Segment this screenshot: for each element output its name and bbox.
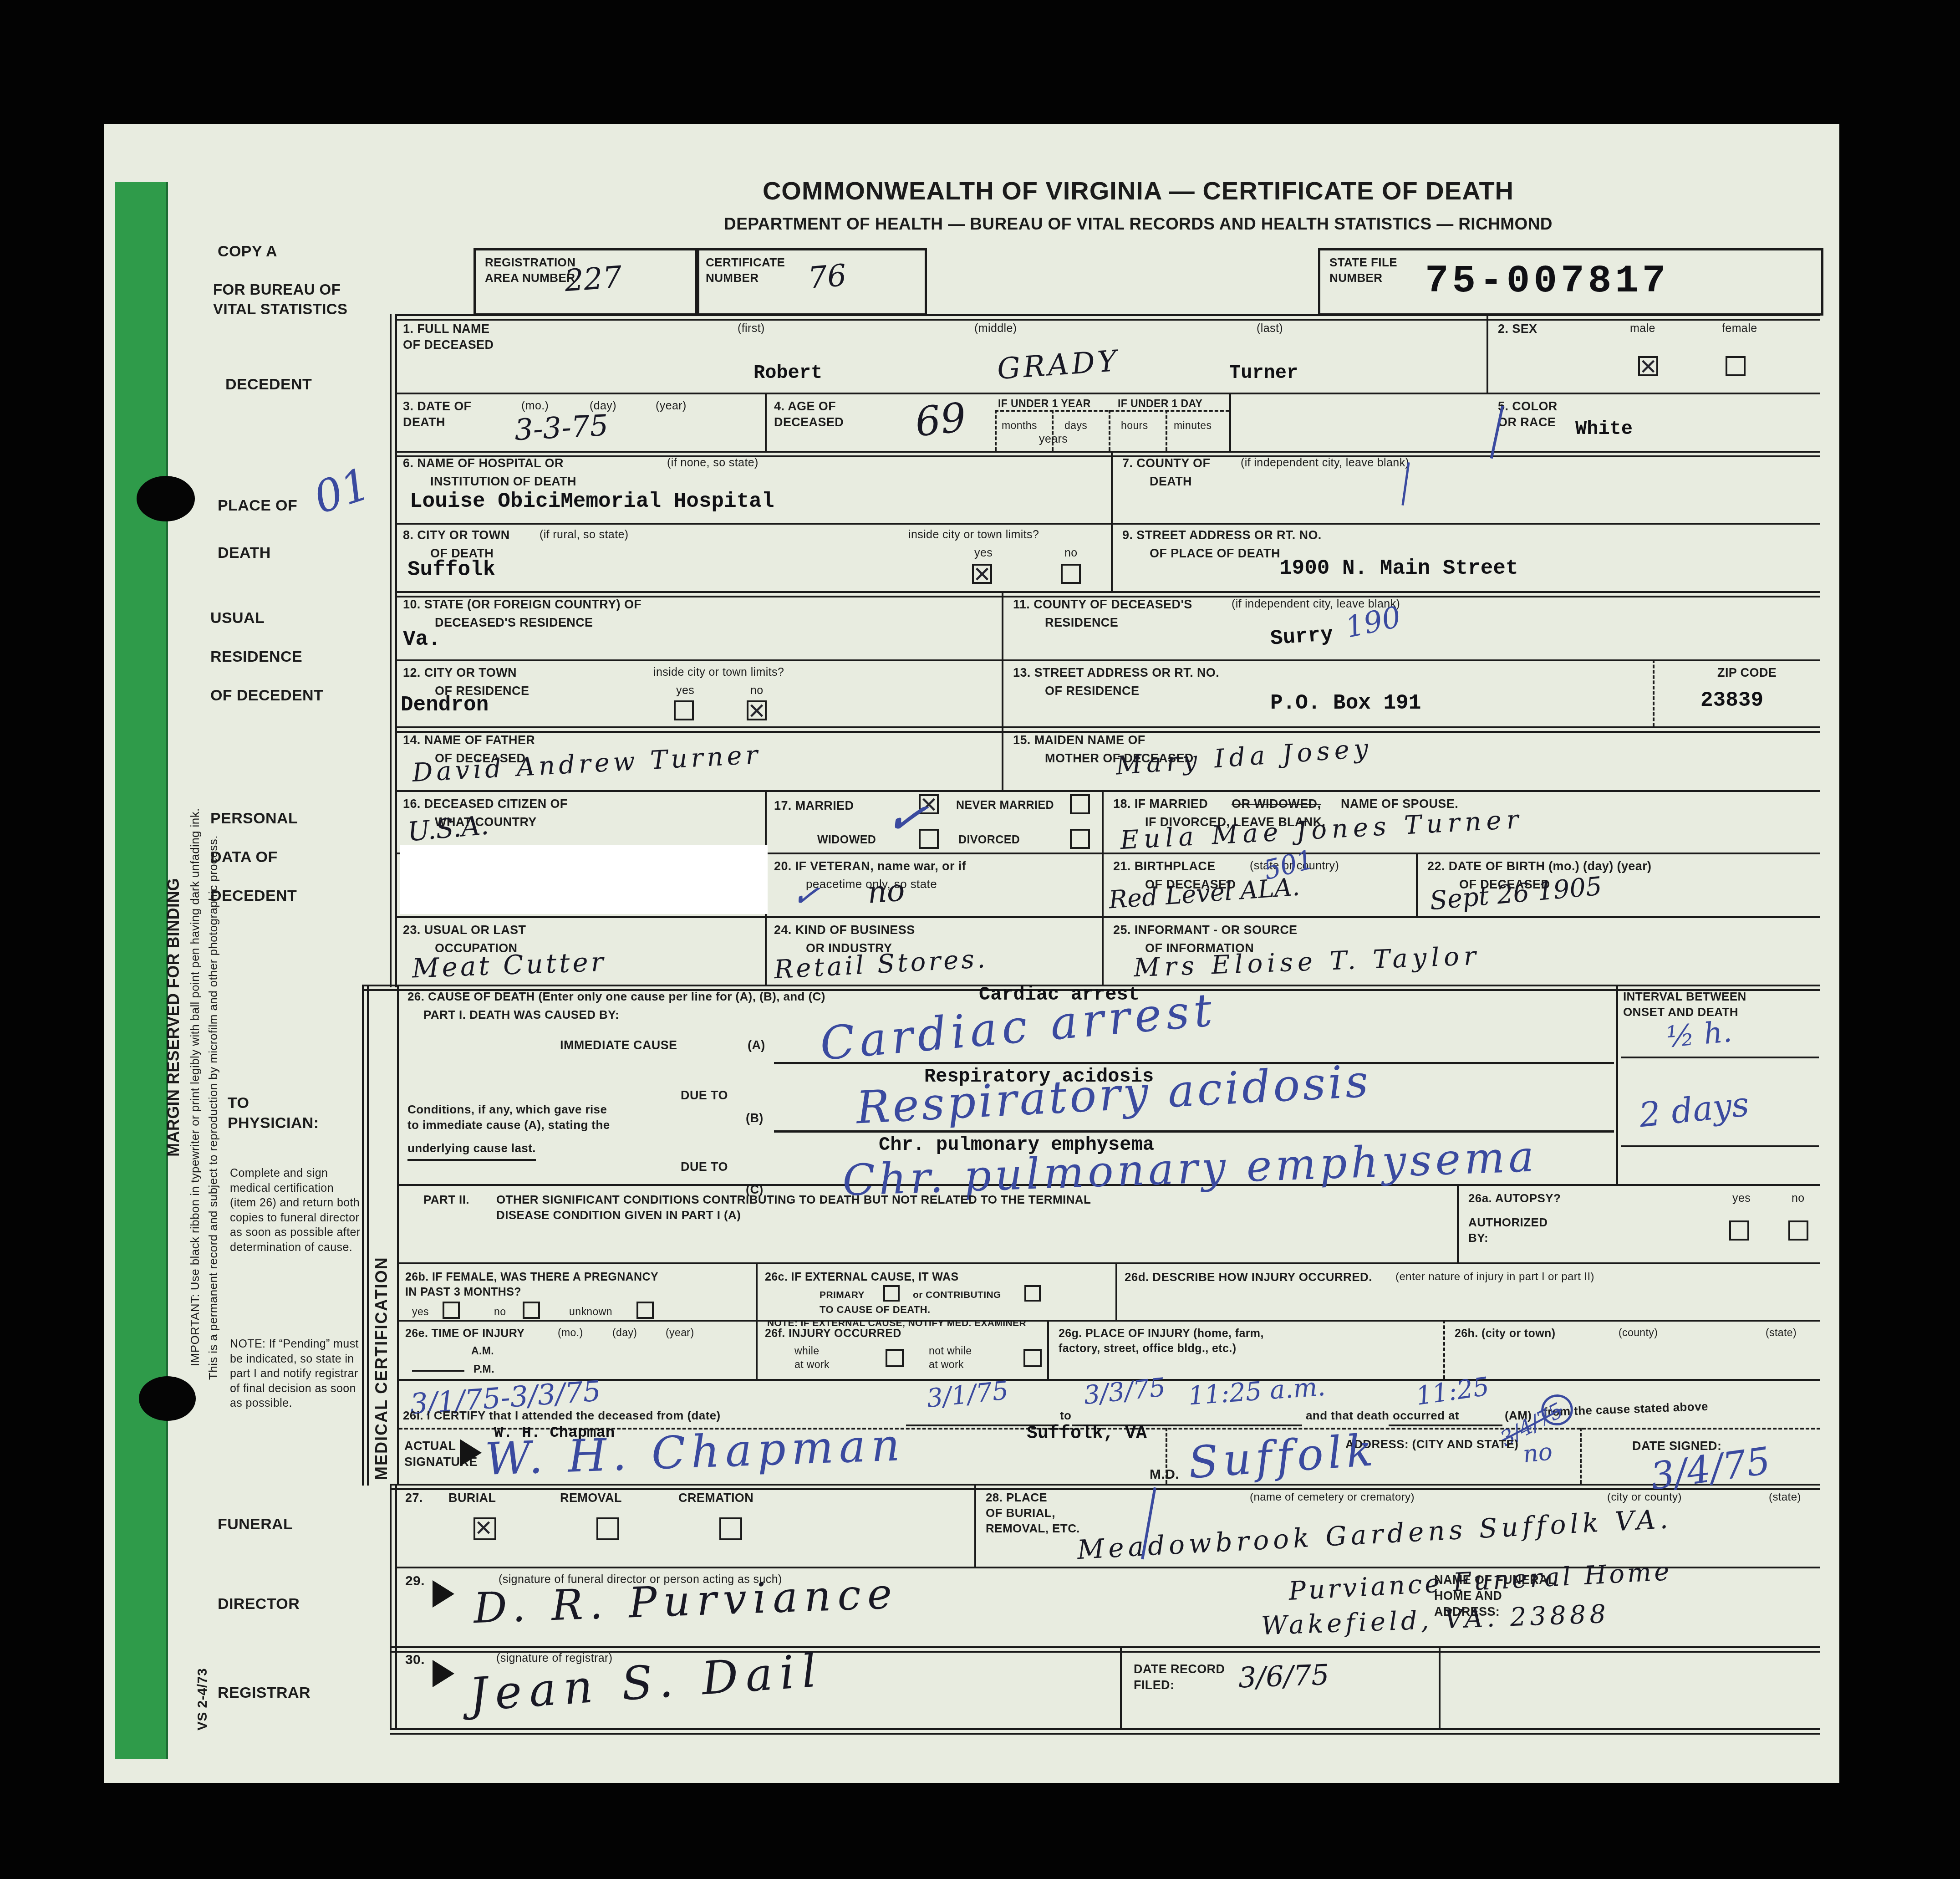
hospital-value: Louise ObiciMemorial Hospital [410,490,774,513]
never-married-label: NEVER MARRIED [956,798,1054,813]
divider [396,451,1820,457]
limits-question: inside city or town limits? [908,527,1039,542]
26e-mo-hint: (mo.) [558,1326,583,1340]
months-label: months [1002,419,1037,433]
cause-b-mark: (B) [746,1110,764,1126]
hours-label: hours [1121,419,1148,433]
interval-line-2 [1621,1145,1819,1147]
field-13-label: 13. STREET ADDRESS OR RT. NO. [1013,665,1219,681]
city-of-death-value: Suffolk [407,558,495,582]
autopsy-label: 26a. AUTOPSY? [1468,1191,1561,1206]
never-married-checkbox [1070,794,1090,814]
divider [974,1484,976,1567]
divider [1416,853,1418,916]
county-residence-value: Surry [1269,623,1334,651]
city-residence-value: Dendron [401,693,489,717]
veteran-value: no [866,875,906,908]
race-value: White [1575,418,1633,440]
divider [1047,1320,1049,1379]
not-while-at-work-checkbox [1023,1349,1042,1367]
divider [1580,1428,1582,1484]
field-21-label: 21. BIRTHPLACE [1113,858,1216,874]
divider [1616,985,1618,1184]
burial-label: BURIAL [448,1490,496,1506]
divider [756,1320,758,1379]
section-death: DEATH [218,543,271,563]
age-value: 69 [913,397,968,442]
field-24-label: 24. KIND OF BUSINESS [774,922,915,938]
divider [995,410,997,451]
field-10-label-2: DECEASED'S RESIDENCE [435,615,593,631]
26h-county-hint: (county) [1619,1326,1658,1340]
physician-signature: W. H. Chapman [484,1423,906,1482]
section-usual: USUAL [210,608,265,628]
field-27-num: 27. [405,1490,423,1506]
certificate-number-label: CERTIFICATE NUMBER [706,255,785,286]
while-at-work-label: while at work [794,1344,830,1372]
limits-yes-checkbox [972,564,992,584]
pregnancy-yes-label: yes [412,1305,429,1319]
to-cause-label: TO CAUSE OF DEATH. [820,1303,931,1317]
mo-hint: (mo.) [521,398,549,414]
field-26e-label: 26e. TIME OF INJURY [405,1326,524,1341]
field-14-label: 14. NAME OF FATHER [403,732,535,748]
field-5-label: 5. COLOR OR RACE [1498,398,1558,430]
pm-label: P.M. [473,1363,494,1376]
field-26-label: 26. CAUSE OF DEATH (Enter only one cause… [407,989,825,1005]
divider [1457,1184,1459,1262]
divider [390,314,392,987]
divider [1002,659,1003,726]
first-name-value: Robert [753,362,822,384]
primary-label: PRIMARY [820,1289,865,1301]
field-17-married-label: 17. MARRIED [774,798,854,814]
street-of-death-value: 1900 N. Main Street [1279,557,1518,580]
divider [390,1484,1820,1490]
state-file-label: STATE FILE NUMBER [1329,255,1397,286]
removal-label: REMOVAL [560,1490,622,1506]
26h-state-hint: (state) [1766,1326,1797,1340]
due-to-label-2: DUE TO [681,1159,728,1175]
while-at-work-checkbox [886,1349,904,1367]
pregnancy-no-checkbox [523,1302,540,1319]
physician-typed-city: Suffolk, VA [1027,1424,1147,1444]
divider [765,916,767,985]
last-name-value: Turner [1229,362,1298,384]
under-1-day-label: IF UNDER 1 DAY [1118,397,1202,411]
occupation-value: Meat Cutter [412,949,606,982]
middle-name-value: GRADY [996,347,1120,384]
certify-to: to [1060,1408,1071,1424]
divider [1109,410,1110,451]
state-hint: (state) [1769,1490,1801,1504]
autopsy-yes-label: yes [1732,1191,1751,1206]
punch-hole-bottom [139,1376,196,1421]
divider [396,314,1820,321]
binding-green-bar [115,182,168,1759]
divider [1487,314,1488,393]
date-of-death-value: 3-3-75 [514,411,609,445]
divider [1111,451,1113,523]
divider [395,314,397,987]
certify-occurred: and that death occurred at [1306,1408,1459,1424]
section-funeral: FUNERAL [218,1514,293,1534]
medical-certification-label: MEDICAL CERTIFICATION [371,1025,392,1480]
address-value-hand: Suffolk [1187,1428,1379,1485]
page-title: COMMONWEALTH OF VIRGINIA — CERTIFICATE O… [464,174,1812,208]
divider [1653,659,1655,726]
primary-checkbox [883,1285,900,1302]
widowed-label: WIDOWED [817,832,876,848]
autopsy-no-checkbox [1788,1220,1808,1241]
field-2-label: 2. SEX [1498,321,1537,337]
section-of-decedent: OF DECEDENT [210,685,323,705]
form-code: VS 2-4/73 [193,1621,211,1731]
zip-label: ZIP CODE [1717,665,1777,681]
section-residence: RESIDENCE [210,647,302,667]
divider [1439,1646,1441,1728]
field-20-label: 20. IF VETERAN, name war, or if [774,858,966,874]
section-personal: PERSONAL [210,808,298,828]
punch-hole-top [137,476,195,521]
immediate-cause-label: IMMEDIATE CAUSE [560,1037,677,1053]
divider [1111,523,1113,591]
field-4-label: 4. AGE OF DECEASED [774,398,844,430]
limits-2-no-checkbox [747,700,767,720]
limits-no: no [1064,546,1078,561]
autopsy-no-label: no [1792,1191,1805,1206]
field-26d-label: 26d. DESCRIBE HOW INJURY OCCURRED. [1125,1270,1372,1285]
citizen-value: U.S.A. [407,812,490,845]
divider [1115,1262,1117,1320]
field-9-label-2: OF PLACE OF DEATH [1150,546,1280,562]
field-8-label: 8. CITY OR TOWN [403,527,510,543]
divorced-checkbox [1070,829,1090,849]
last-hint: (last) [1257,321,1283,336]
copy-label: COPY A [218,241,277,261]
divider [397,985,399,1486]
page-subtitle: DEPARTMENT OF HEALTH — BUREAU OF VITAL R… [464,213,1812,235]
field-22-label: 22. DATE OF BIRTH (mo.) (day) (year) [1427,858,1651,874]
section-decedent: DECEDENT [225,374,312,394]
street-residence-value: P.O. Box 191 [1270,691,1421,715]
first-hint: (first) [738,321,765,336]
field-29-num: 29. [405,1572,425,1590]
pregnancy-unknown-label: unknown [569,1305,612,1319]
limits-2-yes-checkbox [674,700,694,720]
field-28-label: 28. PLACE OF BURIAL, REMOVAL, ETC. [986,1490,1080,1536]
limits-2-no: no [750,683,764,698]
am-pm-blank [412,1370,464,1372]
interval-line-1 [1621,1057,1819,1058]
26e-year-hint: (year) [666,1326,694,1340]
contributing-label: or CONTRIBUTING [913,1289,1001,1301]
pregnancy-unknown-checkbox [636,1302,654,1319]
redaction-box [400,845,768,914]
field-26b-label: 26b. IF FEMALE, WAS THERE A PREGNANCY IN… [405,1270,658,1299]
signature-arrow-icon [460,1439,482,1466]
divider [399,1262,1820,1264]
26e-day-hint: (day) [612,1326,637,1340]
field-10-label: 10. STATE (OR FOREIGN COUNTRY) OF [403,597,641,613]
md-label: M.D. [1150,1465,1179,1483]
divider [396,916,1820,918]
pregnancy-yes-checkbox [443,1302,460,1319]
sex-male-label: male [1630,321,1655,336]
divider [1443,1320,1445,1379]
date-filed-value: 3/6/75 [1238,1661,1330,1692]
physician-note: NOTE: If “Pending” must be indicated, so… [230,1337,367,1411]
divider [399,1320,1820,1322]
am-label: A.M. [471,1344,494,1358]
days-label: days [1064,419,1087,433]
divider [1120,1646,1122,1728]
section-decedent-2: DECEDENT [210,886,297,906]
field-26c-label: 26c. IF EXTERNAL CAUSE, IT WAS [765,1270,959,1285]
state-file-value: 75-007817 [1425,259,1669,303]
divider [765,790,767,853]
cremation-checkbox [719,1517,742,1540]
part-1-label: PART I. DEATH WAS CAUSED BY: [423,1007,619,1023]
authorized-by-label: AUTHORIZED BY: [1468,1215,1548,1246]
middle-hint: (middle) [974,321,1017,336]
divider [1102,853,1104,916]
field-12-label: 12. CITY OR TOWN [403,665,517,681]
field-6-label-2: INSTITUTION OF DEATH [430,474,576,490]
removal-checkbox [596,1517,619,1540]
registrar-arrow-icon [433,1660,454,1687]
field-1-label: 1. FULL NAME OF DECEASED [403,321,494,353]
divider [395,1484,397,1730]
autopsy-yes-checkbox [1729,1220,1749,1241]
divider [396,726,1820,733]
registration-area-value: 227 [564,262,623,296]
divider [390,1728,1820,1735]
married-checkmark: ✓ [881,789,932,846]
pregnancy-no-label: no [494,1305,506,1319]
divider [1166,410,1167,451]
field-18-strike: OR WIDOWED, [1232,796,1321,812]
section-registrar: REGISTRAR [218,1683,311,1703]
burial-checkbox [473,1517,496,1540]
state-residence-value: Va. [403,628,441,651]
years-label: years [1039,432,1068,447]
divider [362,985,364,1486]
sex-male-checkbox [1638,356,1658,376]
field-26g-label: 26g. PLACE OF INJURY (home, farm, factor… [1059,1326,1264,1356]
field-7-hint: (if independent city, leave blank) [1241,455,1409,470]
field-3-label: 3. DATE OF DEATH [403,398,472,430]
cremation-label: CREMATION [678,1490,753,1506]
section-director: DIRECTOR [218,1594,300,1614]
field-13-label-2: OF RESIDENCE [1045,683,1139,699]
under-1-year-label: IF UNDER 1 YEAR [998,397,1091,411]
year-hint: (year) [656,398,687,414]
veteran-checkmark: ✓ [790,877,822,914]
limits-question-2: inside city or town limits? [653,665,784,680]
field-11-label: 11. COUNTY OF DECEASED'S [1013,597,1192,613]
contributing-checkbox [1024,1285,1041,1302]
divider [1102,790,1104,853]
date-filed-label: DATE RECORD FILED: [1134,1661,1225,1693]
field-23-label: 23. USUAL OR LAST [403,922,526,938]
conditions-text-underlined: underlying cause last. [407,1141,536,1161]
part-2-label: PART II. [423,1192,469,1208]
section-to-physician: TO PHYSICIAN: [228,1093,319,1133]
divorced-label: DIVORCED [958,832,1020,848]
registration-area-label: REGISTRATION AREA NUMBER [485,255,575,286]
bureau-label: FOR BUREAU OF VITAL STATISTICS [213,280,347,319]
cemetery-hint: (name of cemetery or crematory) [1250,1490,1415,1504]
divider [756,1262,758,1320]
certify-no-hand: no [1522,1440,1553,1466]
divider [396,393,1820,394]
field-26d-hint: (enter nature of injury in part I or par… [1395,1270,1594,1284]
divider [1102,916,1104,985]
margin-important-1: IMPORTANT: Use black ribbon in typewrite… [188,524,203,1366]
divider [1229,393,1231,451]
field-26h-label: 26h. (city or town) [1455,1326,1556,1341]
field-18-label: 18. IF MARRIED [1113,796,1208,812]
certificate-number-value: 76 [807,260,847,293]
sex-female-checkbox [1726,356,1746,376]
part-2-text: OTHER SIGNIFICANT CONDITIONS CONTRIBUTIN… [496,1192,1091,1223]
section-data-of: DATA OF [210,847,278,867]
divider [396,659,1820,661]
sex-female-label: female [1722,321,1757,336]
field-8-hint: (if rural, so state) [540,527,629,542]
section-place-of: PLACE OF [218,495,297,516]
zip-value: 23839 [1700,689,1763,712]
field-25-label: 25. INFORMANT - OR SOURCE [1113,922,1298,938]
certify-sentence: 26i. I CERTIFY that I attended the decea… [403,1408,721,1424]
field-6-label: 6. NAME OF HOSPITAL OR [403,455,564,471]
divider [396,523,1820,525]
limits-no-checkbox [1061,564,1081,584]
due-to-label-1: DUE TO [681,1088,728,1103]
divider [765,393,767,451]
field-11-label-2: RESIDENCE [1045,615,1118,631]
physician-instructions: Complete and sign medical certification … [230,1166,362,1255]
city-county-hint: (city or county) [1607,1490,1682,1504]
not-while-at-work-label: not while at work [929,1344,972,1372]
margin-binding-text: MARGIN RESERVED FOR BINDING [163,710,184,1157]
divider [367,985,369,1486]
certify-blank-3 [1389,1425,1502,1426]
interval-a-value: ½ h. [1665,1017,1733,1052]
field-7-label: 7. COUNTY OF [1122,455,1210,471]
field-6-hint: (if none, so state) [667,455,759,470]
field-9-label: 9. STREET ADDRESS OR RT. NO. [1122,527,1322,543]
field-30-num: 30. [405,1651,425,1669]
director-arrow-icon [433,1580,454,1608]
conditions-text: Conditions, if any, which gave rise to i… [407,1102,610,1133]
divider [1002,726,1003,790]
limits-yes: yes [974,546,993,561]
divider [390,1484,392,1730]
divider [1002,591,1003,659]
field-26f-label: 26f. INJURY OCCURRED [765,1326,901,1341]
death-certificate-scan: MARGIN RESERVED FOR BINDING IMPORTANT: U… [0,0,1960,1879]
minutes-label: minutes [1174,419,1212,433]
limits-2-yes: yes [676,683,694,698]
cause-a-mark: (A) [748,1037,765,1053]
divider [396,790,1820,792]
field-15-label: 15. MAIDEN NAME OF [1013,732,1145,748]
field-7-label-2: DEATH [1150,474,1192,490]
